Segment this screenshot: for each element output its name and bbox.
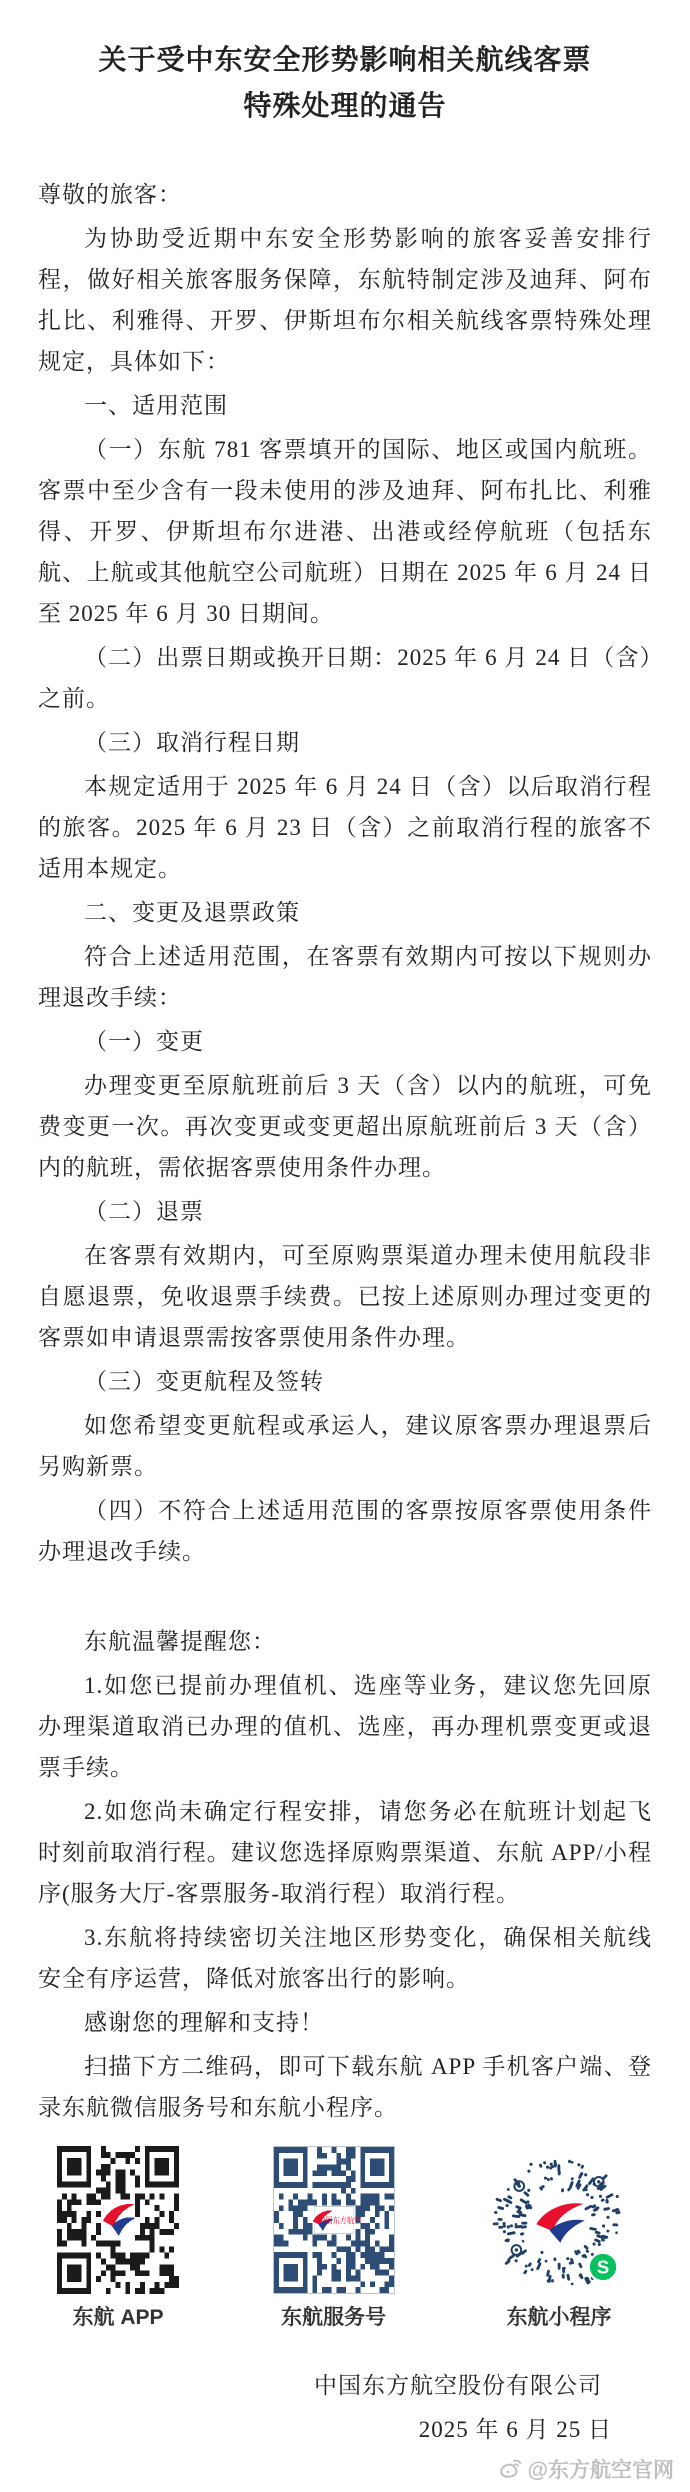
- notice-paragraph: （一）东航 781 客票填开的国际、地区或国内航班。客票中至少含有一段未使用的涉…: [38, 429, 652, 634]
- watermark-text: @东方航空官网: [528, 2454, 674, 2484]
- notice-paragraph: 符合上述适用范围，在客票有效期内可按以下规则办理退改手续：: [38, 936, 652, 1018]
- qr-item: S东航小程序: [488, 2152, 630, 2330]
- notice-paragraph: 扫描下方二维码，即可下载东航 APP 手机客户端、登录东航微信服务号和东航小程序…: [38, 2046, 652, 2128]
- notice-paragraph: （一）变更: [38, 1021, 652, 1062]
- signature-block: 中国东方航空股份有限公司 2025 年 6 月 25 日: [38, 2364, 652, 2452]
- qr-label: 东航服务号: [281, 2306, 386, 2330]
- svg-text:S: S: [597, 2256, 609, 2277]
- notice-date: 2025 年 6 月 25 日: [38, 2408, 612, 2452]
- qr-label: 东航小程序: [507, 2306, 612, 2330]
- notice-paragraph: （二）退票: [38, 1191, 652, 1232]
- notice-paragraph: 为协助受近期中东安全形势影响的旅客妥善安排行程，做好相关旅客服务保障，东航特制定…: [38, 218, 652, 382]
- notice-paragraph: 一、适用范围: [38, 385, 652, 426]
- notice-paragraph: 二、变更及退票政策: [38, 892, 652, 933]
- notice-paragraph: 本规定适用于 2025 年 6 月 24 日（含）以后取消行程的旅客。2025 …: [38, 766, 652, 889]
- notice-paragraph: 办理变更至原航班前后 3 天（含）以内的航班，可免费变更一次。再次变更或变更超出…: [38, 1065, 652, 1188]
- notice-paragraph: （三）变更航程及签转: [38, 1361, 652, 1402]
- notice-paragraph: （二）出票日期或换开日期：2025 年 6 月 24 日（含）之前。: [38, 637, 652, 719]
- china-eastern-logo-icon: [536, 2203, 585, 2243]
- qr-code-image: [57, 2146, 179, 2294]
- qr-item: 中国东方航空东航服务号: [273, 2146, 395, 2330]
- salutation: 尊敬的旅客：: [38, 174, 652, 215]
- notice-paragraph: 如您希望变更航程或承运人，建议原客票办理退票后另购新票。: [38, 1405, 652, 1487]
- notice-title: 关于受中东安全形势影响相关航线客票 特殊处理的通告: [38, 38, 652, 130]
- notice-paragraph: 在客票有效期内，可至原购票渠道办理未使用航段非自愿退票，免收退票手续费。已按上述…: [38, 1235, 652, 1358]
- company-name: 中国东方航空股份有限公司: [38, 2364, 602, 2408]
- watermark: @东方航空官网: [499, 2454, 674, 2484]
- qr-label: 东航 APP: [72, 2306, 163, 2330]
- svg-text:中国东方航空: 中国东方航空: [318, 2215, 361, 2226]
- title-line-1: 关于受中东安全形势影响相关航线客票: [38, 38, 652, 84]
- notice-body: 为协助受近期中东安全形势影响的旅客妥善安排行程，做好相关旅客服务保障，东航特制定…: [38, 218, 652, 2128]
- notice-paragraph: 3.东航将持续密切关注地区形势变化，确保相关航线安全有序运营，降低对旅客出行的影…: [38, 1917, 652, 1999]
- wechat-miniprogram-icon: S: [589, 2253, 617, 2281]
- notice-paragraph: 感谢您的理解和支持！: [38, 2002, 652, 2043]
- notice-paragraph: 2.如您尚未确定行程安排，请您务必在航班计划起飞时刻前取消行程。建议您选择原购票…: [38, 1791, 652, 1914]
- qr-code-row: 东航 APP中国东方航空东航服务号S东航小程序: [57, 2146, 630, 2330]
- title-line-2: 特殊处理的通告: [38, 84, 652, 130]
- qr-item: 东航 APP: [57, 2146, 179, 2330]
- notice-paragraph: 东航温馨提醒您：: [38, 1621, 652, 1662]
- notice-paragraph: 1.如您已提前办理值机、选座等业务，建议您先回原办理渠道取消已办理的值机、选座，…: [38, 1665, 652, 1788]
- miniprogram-code-image: S: [488, 2152, 630, 2294]
- weibo-icon: [499, 2457, 523, 2481]
- notice-paragraph: （三）取消行程日期: [38, 722, 652, 763]
- qr-code-image: 中国东方航空: [273, 2146, 395, 2294]
- notice-paragraph: （四）不符合上述适用范围的客票按原客票使用条件办理退改手续。: [38, 1490, 652, 1572]
- notice-document: 关于受中东安全形势影响相关航线客票 特殊处理的通告 尊敬的旅客： 为协助受近期中…: [0, 0, 690, 2452]
